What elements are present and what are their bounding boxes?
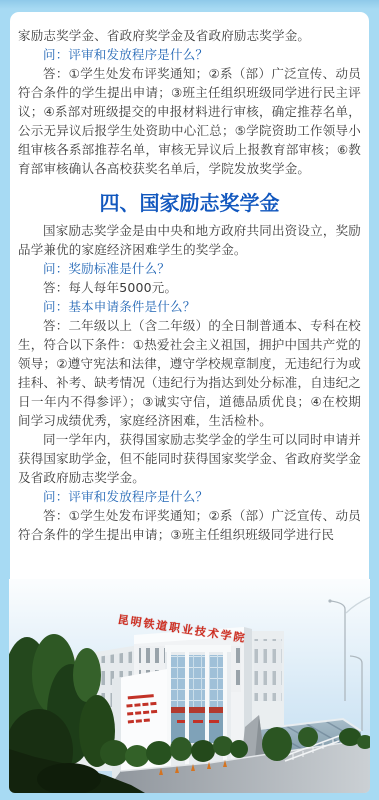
answer-review-process: 答：①学生处发布评奖通知；②系（部）广泛宣传、动员符合条件的学生提出申请；③班主…	[18, 64, 361, 178]
question-basic-conditions: 问：基本申请条件是什么？	[18, 297, 361, 316]
concurrent-grant-note: 同一学年内，获得国家励志奖学金的学生可以同时申请并获得国家助学金，但不能同时获得…	[18, 430, 361, 487]
question-review-process: 问：评审和发放程序是什么？	[18, 45, 361, 64]
campus-photo: 昆明铁道职业技术学院	[9, 579, 370, 793]
question-review-process-2: 问：评审和发放程序是什么？	[18, 487, 361, 506]
section-heading: 四、国家励志奖学金	[18, 191, 361, 215]
section-intro: 国家励志奖学金是由中央和地方政府共同出资设立，奖励品学兼优的家庭经济困难学生的奖…	[18, 221, 361, 259]
content-card: 家励志奖学金、省政府奖学金及省政府励志奖学金。 问：评审和发放程序是什么？ 答：…	[10, 12, 369, 579]
continuation-text: 家励志奖学金、省政府奖学金及省政府励志奖学金。	[18, 26, 361, 45]
entrance-glass	[171, 655, 225, 707]
answer-basic-conditions: 答：二年级以上（含二年级）的全日制普通本、专科在校生，符合以下条件：①热爱社会主…	[18, 316, 361, 430]
answer-review-process-2-partial: 答：①学生处发布评奖通知；②系（部）广泛宣传、动员符合条件的学生提出申请；③班主…	[18, 506, 361, 544]
brochure-page: 家励志奖学金、省政府奖学金及省政府励志奖学金。 问：评审和发放程序是什么？ 答：…	[0, 0, 379, 800]
entrance-red-banner	[171, 707, 225, 713]
top-edge-shade	[0, 0, 379, 9]
answer-award-standard: 答：每人每年5000元。	[18, 278, 361, 297]
question-award-standard: 问：奖励标准是什么？	[18, 259, 361, 278]
